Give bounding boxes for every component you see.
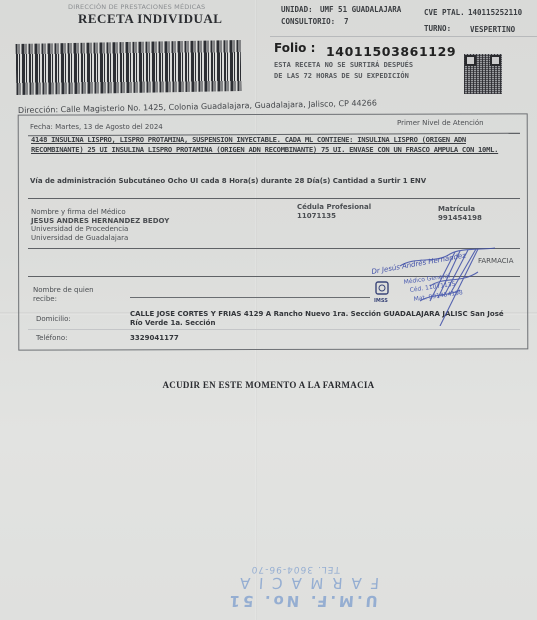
divider [28, 198, 520, 199]
stamp-phone: TEL. 3604-96-70 [200, 564, 381, 574]
cedula-value: 11071135 [297, 212, 371, 221]
divider [28, 329, 520, 330]
cve-ptal-label: CVE PTAL. [424, 8, 465, 17]
matricula-block: Matrícula 991454198 [438, 205, 482, 222]
matricula-label: Matrícula [438, 205, 482, 214]
folio-number: 14011503861129 [326, 44, 456, 59]
university-name: Universidad de Guadalajara [31, 234, 169, 243]
doctor-signature: Dr Jesús Andrés Hernández Médico General… [360, 246, 500, 326]
domicilio-label: Domicilio: [36, 315, 71, 323]
unidad-value: UMF 51 GUADALAJARA [320, 5, 401, 14]
dosage-instructions: Vía de administración Subcutáneo Ocho UI… [30, 177, 426, 185]
expiry-warning: ESTA RECETA NO SE SURTIRÁ DESPUÉS DE LAS… [274, 60, 413, 82]
telefono-value: 3329041177 [130, 334, 179, 342]
doctor-name: JESUS ANDRES HERNANDEZ BEDOY [31, 217, 169, 226]
telefono-label: Teléfono: [36, 334, 67, 342]
medication-description: 4148 INSULINA LISPRO, LISPRO PROTAMINA, … [31, 135, 511, 154]
cedula-block: Cédula Profesional 11071135 [297, 203, 371, 220]
recipient-signature-line[interactable] [130, 297, 370, 298]
prescription-date: Fecha: Martes, 13 de Agosto del 2024 [30, 123, 163, 131]
matricula-value: 991454198 [438, 214, 482, 223]
stamp-unit: U.M.F. No. 51 [197, 592, 378, 610]
document-title: RECETA INDIVIDUAL [78, 11, 222, 27]
consultorio-label: CONSULTORIO: [281, 17, 335, 26]
care-level: Primer Nivel de Atención [397, 119, 484, 127]
expiry-warning-line1: ESTA RECETA NO SE SURTIRÁ DESPUÉS [274, 60, 413, 71]
svg-text:Dr Jesús Andrés Hernández: Dr Jesús Andrés Hernández [371, 251, 467, 276]
consultorio-value: 7 [344, 17, 349, 26]
stamp-pharmacy: F A R M A C I A [198, 574, 379, 592]
folio-label: Folio : [274, 41, 315, 55]
pharmacy-stamp: U.M.F. No. 51 F A R M A C I A TEL. 3604-… [197, 528, 383, 610]
cve-ptal-value: 140115252110 [468, 8, 522, 17]
svg-text:IMSS: IMSS [374, 298, 388, 304]
barcode-icon [16, 40, 242, 95]
pharmacy-instruction: ACUDIR EN ESTE MOMENTO A LA FARMACIA [0, 380, 537, 390]
doctor-block: Nombre y firma del Médico JESUS ANDRES H… [31, 208, 169, 242]
department-label: DIRECCIÓN DE PRESTACIONES MÉDICAS [68, 3, 205, 11]
clinic-address: Dirección: Calle Magisterio No. 1425, Co… [18, 98, 377, 115]
imss-seal-icon: IMSS [374, 282, 388, 304]
doctor-label: Nombre y firma del Médico [31, 208, 169, 217]
unidad-label: UNIDAD: [281, 5, 313, 14]
turno-label: TURNO: [424, 24, 451, 33]
recipient-label: Nombre de quien recibe: [33, 286, 113, 303]
signature-scribble-icon: Dr Jesús Andrés Hernández Médico General… [360, 246, 500, 326]
turno-value: VESPERTINO [470, 25, 515, 34]
qr-code-icon [464, 54, 502, 94]
header-divider [270, 36, 537, 37]
cedula-label: Cédula Profesional [297, 203, 371, 212]
expiry-warning-line2: DE LAS 72 HORAS DE SU EXPEDICIÓN [274, 71, 413, 82]
university-label: Universidad de Procedencia [31, 225, 169, 234]
